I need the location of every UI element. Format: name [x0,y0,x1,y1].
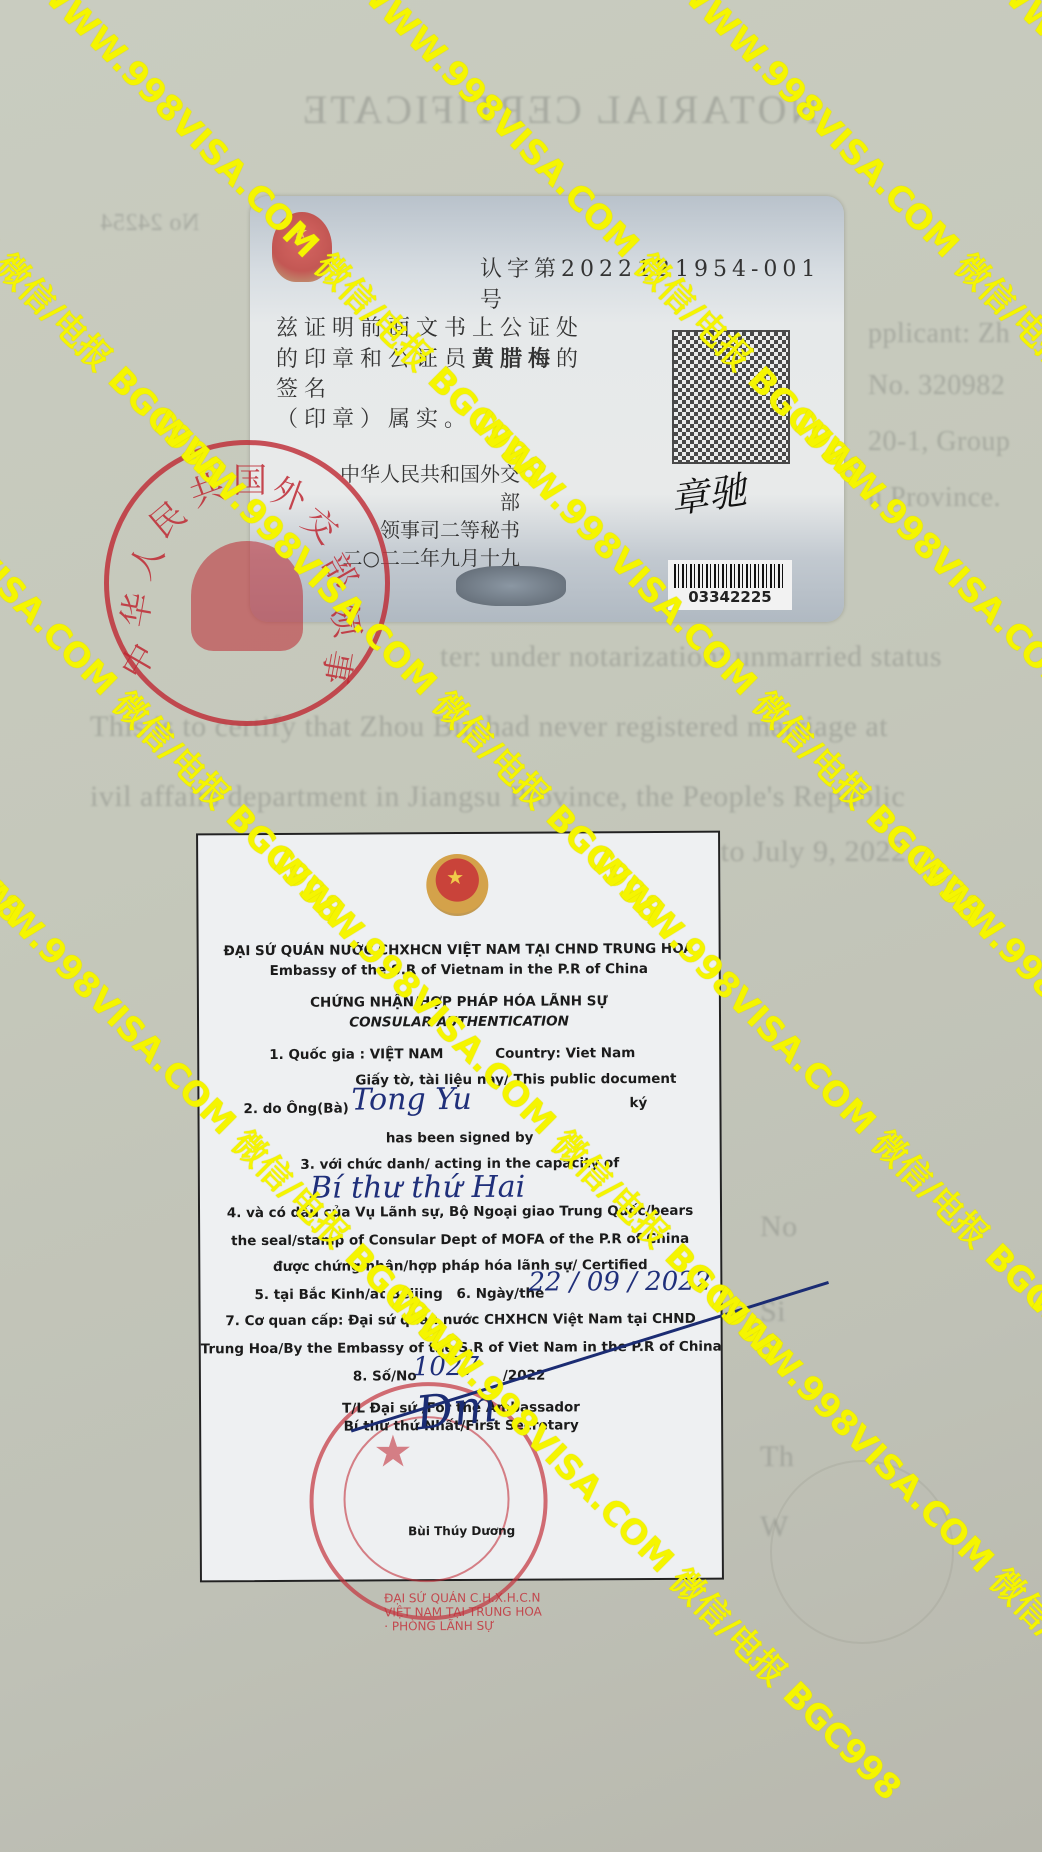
official-signature: 章驰 [667,459,750,524]
signer-name: Bùi Thúy Dương [202,1523,722,1540]
country-en: Country: Viet Nam [495,1043,1015,1062]
notarial-ref-fragment: No 24254 [100,210,199,237]
barcode: 03342225 [668,560,792,610]
qr-code[interactable] [672,330,790,464]
body-line-2-text: 的印章和公证员 [276,347,472,372]
embassy-header-vi: ĐẠI SỨ QUÁN NƯỚC CHXHCN VIỆT NAM TẠI CHN… [199,941,719,960]
body-line-1: 兹证明前面文书上公证处 [276,314,596,344]
province-line: u Province. [868,482,1001,514]
date-handwritten: 22 / 09 / 2022 [528,1265,1042,1298]
signed-suffix: ký [629,1092,1042,1111]
seal-ring-text: 中 华 人 民 共 国 外 交 部 领 事 [109,445,385,721]
seal-inner-ring [343,1416,510,1583]
auth-title-en: CONSULAR AUTHENTICATION [199,1013,719,1032]
barcode-number: 03342225 [668,588,792,606]
fragment-no: No [760,1210,798,1244]
legalization-body: 兹证明前面文书上公证处 的印章和公证员黄腊梅的签名 （印章）属实。 [276,314,596,435]
fragment-th: Th [760,1440,794,1474]
notarial-title: NOTARIAL CERTIFICATE [300,86,818,133]
matter-line: ter: under notarization: unmarried statu… [440,640,942,674]
capacity-handwritten: Bí thư thứ Hai [310,1168,830,1206]
embassy-header-en: Embassy of the S.R of Vietnam in the P.R… [199,961,719,980]
seal-bearer-line-1: 4. và có dấu của Vụ Lãnh sự, Bộ Ngoại gi… [200,1203,720,1222]
mofa-red-seal: 中 华 人 民 共 国 外 交 部 领 事 [104,440,390,726]
vietnam-consular-authentication: ĐẠI SỨ QUÁN NƯỚC CHXHCN VIỆT NAM TẠI CHN… [196,831,724,1583]
department-line: ivil affairs department in Jiangsu Provi… [90,780,905,814]
body-line-2: 的印章和公证员黄腊梅的签名 [276,344,596,405]
barcode-bars [674,564,786,588]
issuing-body-line-1: 7. Cơ quan cấp: Đại sứ quán nước CHXHCN … [201,1311,721,1330]
legalization-ref-number: 认字第2022121954-001号 [480,252,844,314]
seal-ring-text: ĐẠI SỨ QUÁN C.H.X.H.C.N VIỆT NAM TẠI TRU… [384,1591,544,1634]
id-number-line: No. 320982 [868,370,1005,402]
signed-by-line: has been signed by [200,1129,720,1148]
address-line: 20-1, Group [868,426,1010,458]
hologram-seal-icon [456,566,566,606]
china-national-emblem-icon [272,212,332,282]
applicant-line: pplicant: Zh [868,318,1010,350]
auth-title-vi: CHỨNG NHẬN/HỢP PHÁP HÓA LÃNH SỰ [199,993,719,1012]
vietnam-national-emblem-icon [426,854,488,916]
seal-bearer-line-2: the seal/stamp of Consular Dept of MOFA … [200,1231,720,1250]
number-year: /2022 [503,1365,1023,1384]
notary-name: 黄腊梅 [472,346,556,372]
body-line-3: （印章）属实。 [276,405,596,435]
faint-seal-impression [770,1460,954,1644]
